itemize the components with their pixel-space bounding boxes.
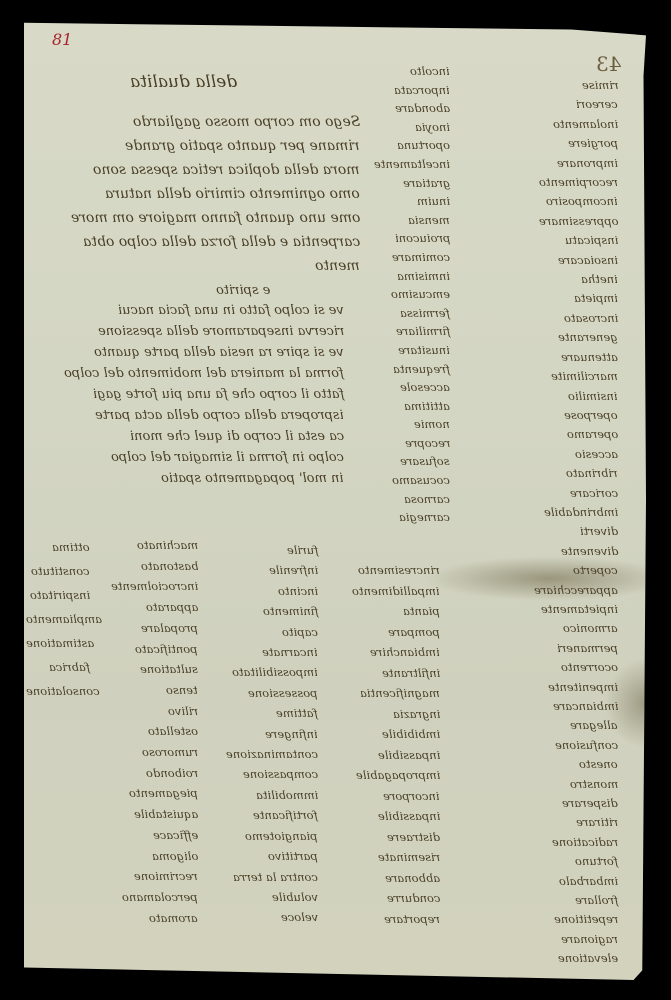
paragraph-line: Sego om corpo mosso gagliardo (133, 110, 360, 134)
paragraph-line: ricerva inseparamore della spessione (98, 321, 344, 342)
paragraph-line: ve si spire ra nesia della parte quanto (94, 342, 344, 363)
folio-number-red: 81 (52, 30, 72, 49)
paragraph-line: omo ognimento cimirio della natura (105, 182, 360, 206)
paragraph-line: ispropera della corpo della acta parte (95, 405, 344, 426)
paragraph-mid: ve si colpo fatto in una facia nacui ric… (26, 300, 344, 489)
word-column-a: incolto inporcata abondare inoyia oportu… (350, 62, 450, 527)
word-column-d: machinato bastonato incrociolmente appar… (94, 535, 198, 928)
folio-number-ink: 43 (596, 52, 621, 76)
paragraph-line: colpo in forma il simagiar del colpo (111, 447, 344, 468)
subheading: e spirito (170, 280, 270, 301)
page-heading: della dualita (130, 72, 237, 92)
word-column-c: ottima constituto inspiritato ampliament… (26, 535, 90, 703)
paragraph-line: mora della doplica retica spessa sono (93, 158, 360, 182)
paragraph-line: ve si colpo fatto in una facia nacui (118, 300, 344, 321)
word-column-b: rimise cereori inolamento porgiere impro… (500, 76, 618, 969)
word-column-e: furile infrenile incinto finimento capit… (214, 540, 318, 928)
paragraph-top: Sego om corpo mosso gagliardo rimane per… (40, 110, 360, 278)
paragraph-line: ome uno quanto fanno magiore om more (71, 206, 360, 230)
word-column-f: rincresimento impallidimento pianta pomp… (330, 560, 440, 929)
paragraph-line: fatto il corpo che fa una piu forte gagi (93, 384, 344, 405)
paragraph-line: in mol' popagamento spatio (161, 468, 344, 489)
paragraph-line: forma la maniera del mobimento del colpo (64, 363, 344, 384)
paragraph-line: ca esta il corpo di quel che moni (130, 426, 344, 447)
paragraph-line: carpentia e della forza della colpo obta (83, 230, 360, 254)
paragraph-line: rimane per quanto spatio grande (125, 134, 360, 158)
